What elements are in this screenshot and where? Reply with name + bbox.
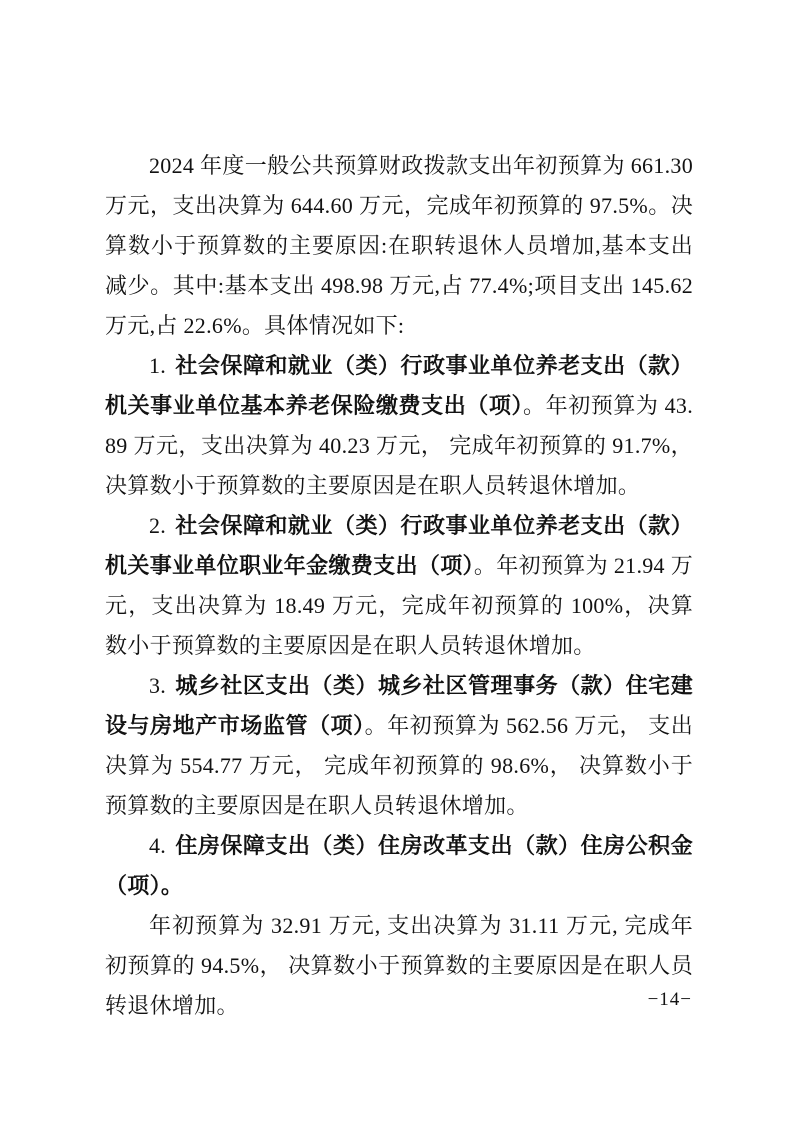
item-paragraph-4-heading: 4.住房保障支出（类）住房改革支出（款）住房公积金（项）。	[105, 826, 693, 906]
item-2-number: 2.	[149, 513, 166, 538]
item-4-number: 4.	[149, 833, 166, 858]
page-number: −14−	[648, 989, 692, 1010]
item-3-number: 3.	[149, 673, 166, 698]
document-page: 2024 年度一般公共预算财政拨款支出年初预算为 661.30 万元，支出决算为…	[0, 0, 793, 1122]
intro-paragraph: 2024 年度一般公共预算财政拨款支出年初预算为 661.30 万元，支出决算为…	[105, 146, 693, 346]
item-paragraph-4-body: 年初预算为 32.91 万元, 支出决算为 31.11 万元, 完成年初预算的 …	[105, 906, 693, 1026]
item-4-title: 住房保障支出（类）住房改革支出（款）住房公积金（项）。	[105, 833, 693, 898]
item-1-number: 1.	[149, 353, 166, 378]
item-paragraph-1: 1.社会保障和就业（类）行政事业单位养老支出（款）机关事业单位基本养老保险缴费支…	[105, 346, 693, 506]
item-paragraph-2: 2.社会保障和就业（类）行政事业单位养老支出（款） 机关事业单位职业年金缴费支出…	[105, 506, 693, 666]
page-footer: −14−	[648, 988, 692, 1012]
document-body: 2024 年度一般公共预算财政拨款支出年初预算为 661.30 万元，支出决算为…	[105, 146, 693, 1026]
item-paragraph-3: 3.城乡社区支出（类）城乡社区管理事务（款）住宅建设与房地产市场监管（项）。年初…	[105, 666, 693, 826]
